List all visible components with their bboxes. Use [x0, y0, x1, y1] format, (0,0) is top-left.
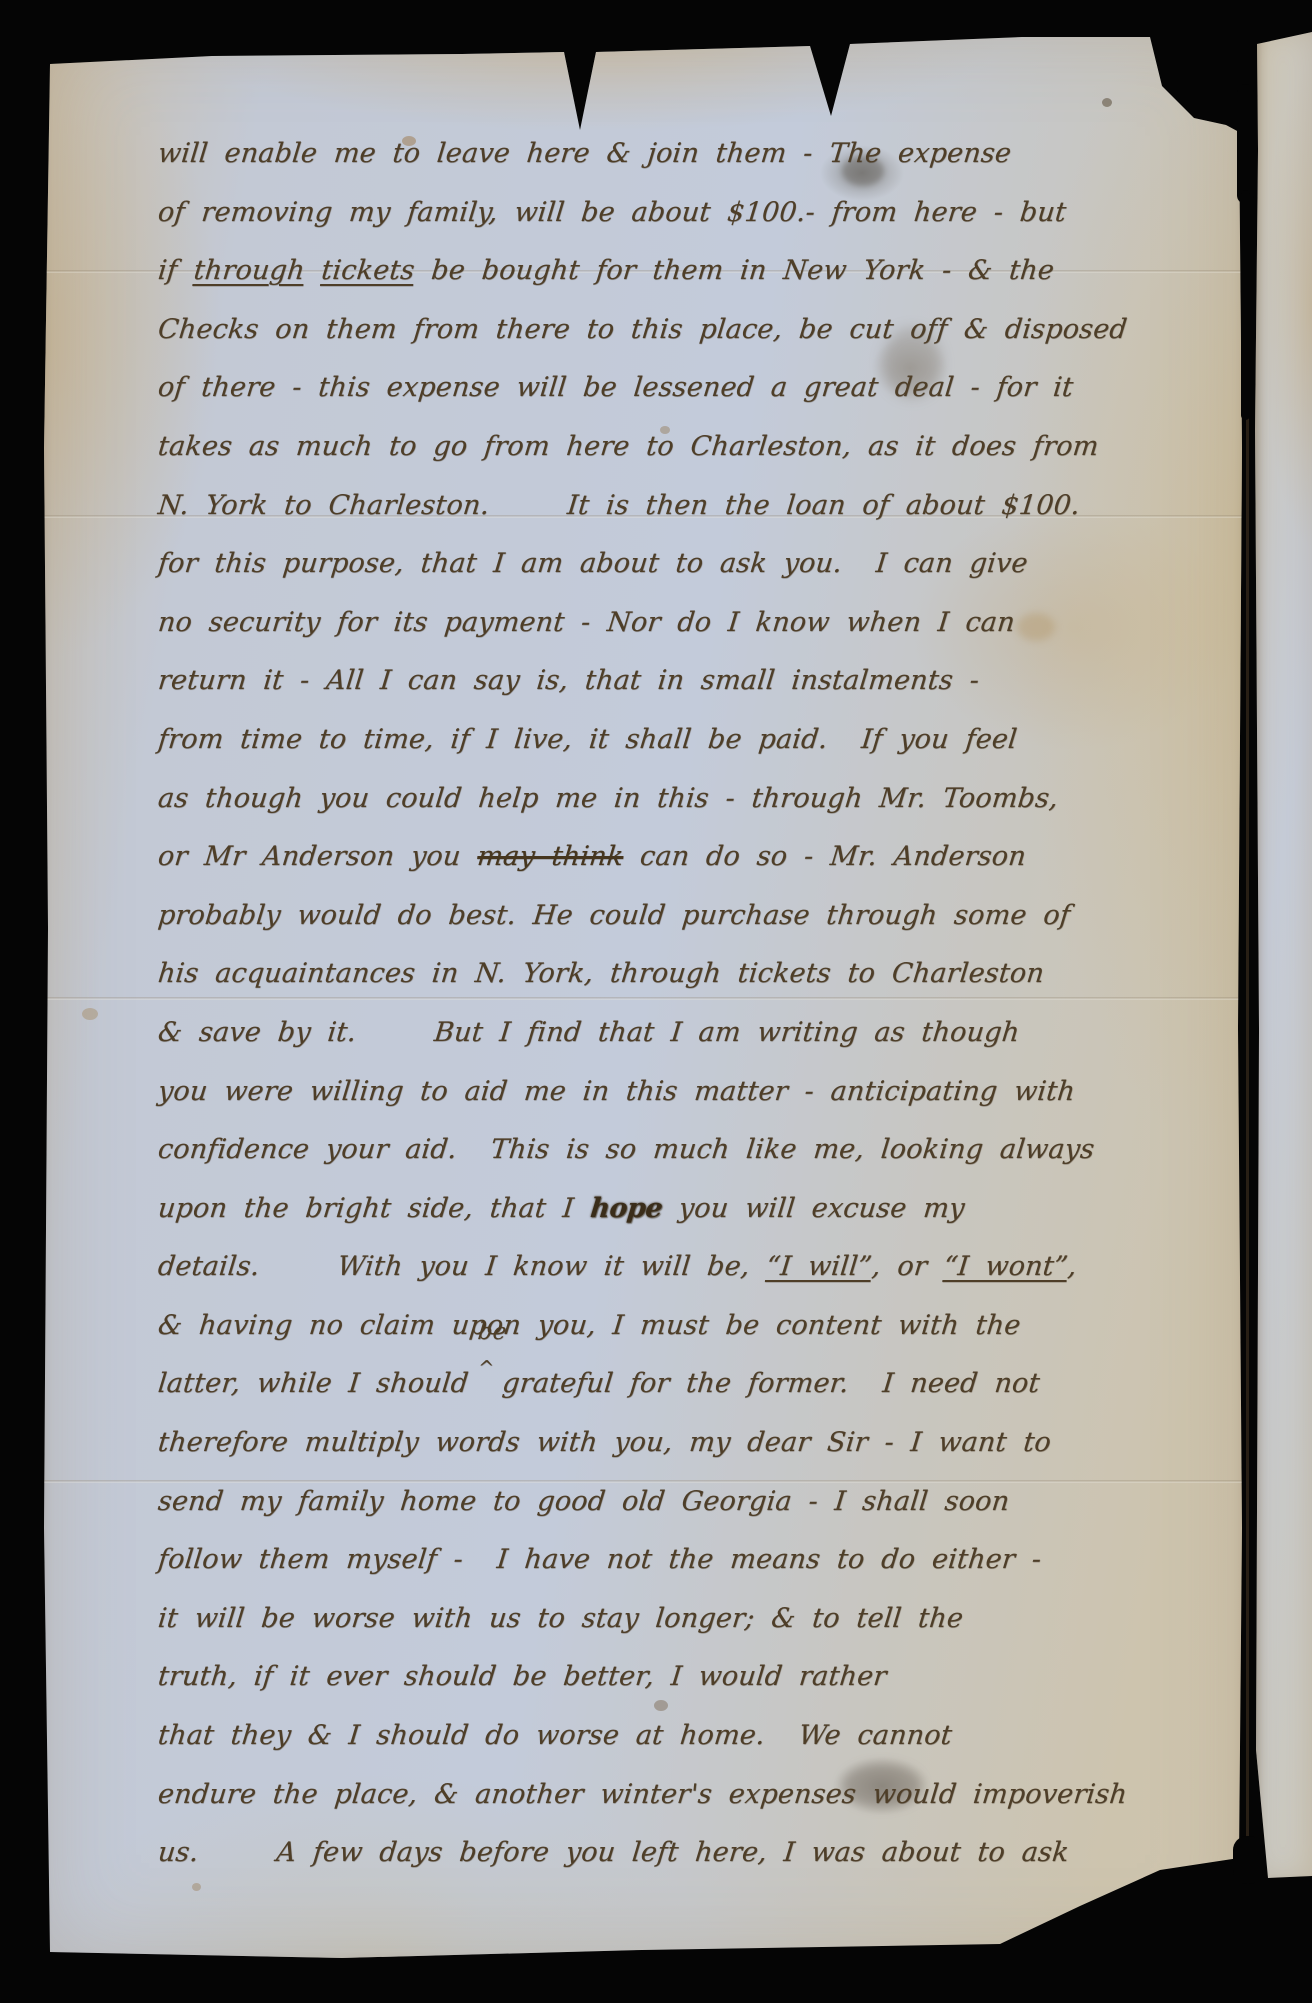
text-segment: “I will”	[765, 1251, 874, 1282]
text-segment: of removing my family, will be about $10…	[156, 197, 1067, 228]
text-segment: I can give	[874, 548, 1029, 579]
letter-line-15: his acquaintances in N. York, through ti…	[155, 945, 1231, 1004]
text-segment: I need not	[881, 1368, 1041, 1399]
text-segment: probably would do best. He could purchas…	[156, 900, 1071, 931]
text-segment: no security for its payment - Nor do I k…	[156, 607, 1016, 638]
photograph-of-letter: will enable me to leave here & join them…	[0, 0, 1312, 2003]
text-segment: Checks on them from there to this place,…	[156, 314, 1128, 345]
letter-line-25: follow them myself -I have not the means…	[155, 1531, 1231, 1590]
text-segment: send my family home to good old Georgia …	[156, 1486, 1011, 1517]
text-segment: confidence your aid.	[156, 1134, 458, 1165]
text-segment: , or	[870, 1251, 945, 1282]
text-segment: If you feel	[860, 724, 1019, 755]
letter-line-1: will enable me to leave here & join them…	[155, 125, 1231, 184]
letter-line-19: upon the bright side, that I hope you wi…	[155, 1180, 1231, 1239]
text-segment: can do so - Mr. Anderson	[622, 841, 1028, 872]
text-segment: his acquaintances in N. York, through ti…	[156, 958, 1045, 989]
page-gap-crease	[1246, 390, 1249, 1850]
text-segment: you were willing to aid me in this matte…	[156, 1076, 1076, 1107]
text-segment: through	[192, 255, 306, 286]
text-segment: ,	[1066, 1251, 1078, 1282]
letter-line-27: truth, if it ever should be better, I wo…	[155, 1648, 1231, 1707]
stain	[82, 1008, 98, 1020]
text-segment: may think	[476, 841, 625, 872]
text-segment: “I wont”	[942, 1251, 1069, 1282]
text-segment: if	[156, 255, 195, 286]
letter-line-29: endure the place, & another winter's exp…	[155, 1766, 1231, 1825]
tear-gap	[1233, 1836, 1263, 1884]
text-segment: tickets	[320, 255, 416, 286]
letter-line-4: Checks on them from there to this place,…	[155, 301, 1231, 360]
text-segment: for this purpose, that I am about to ask…	[156, 548, 843, 579]
text-segment: endure the place, & another winter's exp…	[156, 1779, 1128, 1810]
text-segment: N. York to Charleston.	[156, 490, 491, 521]
text-segment: that they & I should do worse at home.	[156, 1720, 766, 1751]
stain	[192, 1883, 201, 1891]
text-segment: It is then the loan of about $100.	[566, 490, 1082, 521]
letter-line-13: or Mr Anderson you may think can do so -…	[155, 828, 1231, 887]
text-segment: be^	[468, 1365, 505, 1392]
letter-line-16: & save by it.But I find that I am writin…	[155, 1004, 1231, 1063]
letter-line-2: of removing my family, will be about $10…	[155, 184, 1231, 243]
letter-line-9: no security for its payment - Nor do I k…	[155, 594, 1231, 653]
letter-line-23: therefore multiply words with you, my de…	[155, 1414, 1231, 1473]
text-segment: This is so much like me, looking always	[489, 1134, 1096, 1165]
text-segment: it will be worse with us to stay longer;…	[156, 1603, 964, 1634]
text-segment: details.	[156, 1251, 261, 1282]
letter-line-10: return it - All I can say is, that in sm…	[155, 652, 1231, 711]
letter-line-26: it will be worse with us to stay longer;…	[155, 1590, 1231, 1649]
text-segment: will enable me to leave here & join them…	[156, 138, 1012, 169]
letter-line-8: for this purpose, that I am about to ask…	[155, 535, 1231, 594]
text-segment: or Mr Anderson you	[156, 841, 479, 872]
text-segment: follow them myself -	[156, 1544, 464, 1575]
tear-gap	[1241, 190, 1250, 420]
facing-page-edge	[1254, 30, 1312, 1880]
letter-line-24: send my family home to good old Georgia …	[155, 1473, 1231, 1532]
letter-line-6: takes as much to go from here to Charles…	[155, 418, 1231, 477]
text-segment: We cannot	[797, 1720, 953, 1751]
text-segment: you will excuse my	[661, 1193, 967, 1224]
letter-line-28: that they & I should do worse at home.We…	[155, 1707, 1231, 1766]
letter-line-11: from time to time, if I live, it shall b…	[155, 711, 1231, 770]
text-segment: I have not the means to do either -	[495, 1544, 1042, 1575]
text-segment: of there - this expense will be lessened…	[156, 372, 1074, 403]
letter-line-30: us.A few days before you left here, I wa…	[155, 1824, 1231, 1883]
letter-line-3: if through tickets be bought for them in…	[155, 242, 1231, 301]
text-segment: upon the bright side, that I	[156, 1193, 592, 1224]
text-segment: But I find that I am writing as though	[433, 1017, 1021, 1048]
text-segment: therefore multiply words with you, my de…	[156, 1427, 1052, 1458]
text-segment: truth, if it ever should be better, I wo…	[156, 1661, 888, 1692]
letter-line-14: probably would do best. He could purchas…	[155, 887, 1231, 946]
text-segment: latter, while I should	[156, 1368, 470, 1399]
text-segment: hope	[589, 1193, 664, 1224]
text-segment: takes as much to go from here to Charles…	[156, 431, 1100, 462]
text-segment: & having no claim upon you, I must be co…	[156, 1310, 1022, 1341]
text-segment: & save by it.	[156, 1017, 357, 1048]
text-segment: be bought for them in New York - & the	[413, 255, 1056, 286]
letter-line-18: confidence your aid.This is so much like…	[155, 1121, 1231, 1180]
letter-line-22: latter, while I shouldbe^grateful for th…	[155, 1355, 1231, 1414]
text-segment: as though you could help me in this - th…	[156, 783, 1059, 814]
text-segment: grateful for the former.	[501, 1368, 851, 1399]
letter-text: will enable me to leave here & join them…	[158, 125, 1228, 1883]
letter-line-5: of there - this expense will be lessened…	[155, 359, 1231, 418]
letter-line-7: N. York to Charleston.It is then the loa…	[155, 477, 1231, 536]
tear-gap	[1237, 84, 1254, 204]
letter-line-21: & having no claim upon you, I must be co…	[155, 1297, 1231, 1356]
letter-page: will enable me to leave here & join them…	[42, 28, 1244, 1962]
text-segment: from time to time, if I live, it shall b…	[156, 724, 829, 755]
letter-line-12: as though you could help me in this - th…	[155, 770, 1231, 829]
text-segment: return it - All I can say is, that in sm…	[156, 665, 980, 696]
text-segment: us.	[156, 1837, 200, 1868]
letter-line-17: you were willing to aid me in this matte…	[155, 1063, 1231, 1122]
text-segment: A few days before you left here, I was a…	[275, 1837, 1071, 1868]
text-segment: With you I know it will be,	[336, 1251, 768, 1282]
letter-line-20: details.With you I know it will be, “I w…	[155, 1238, 1231, 1297]
stain	[1102, 98, 1112, 107]
